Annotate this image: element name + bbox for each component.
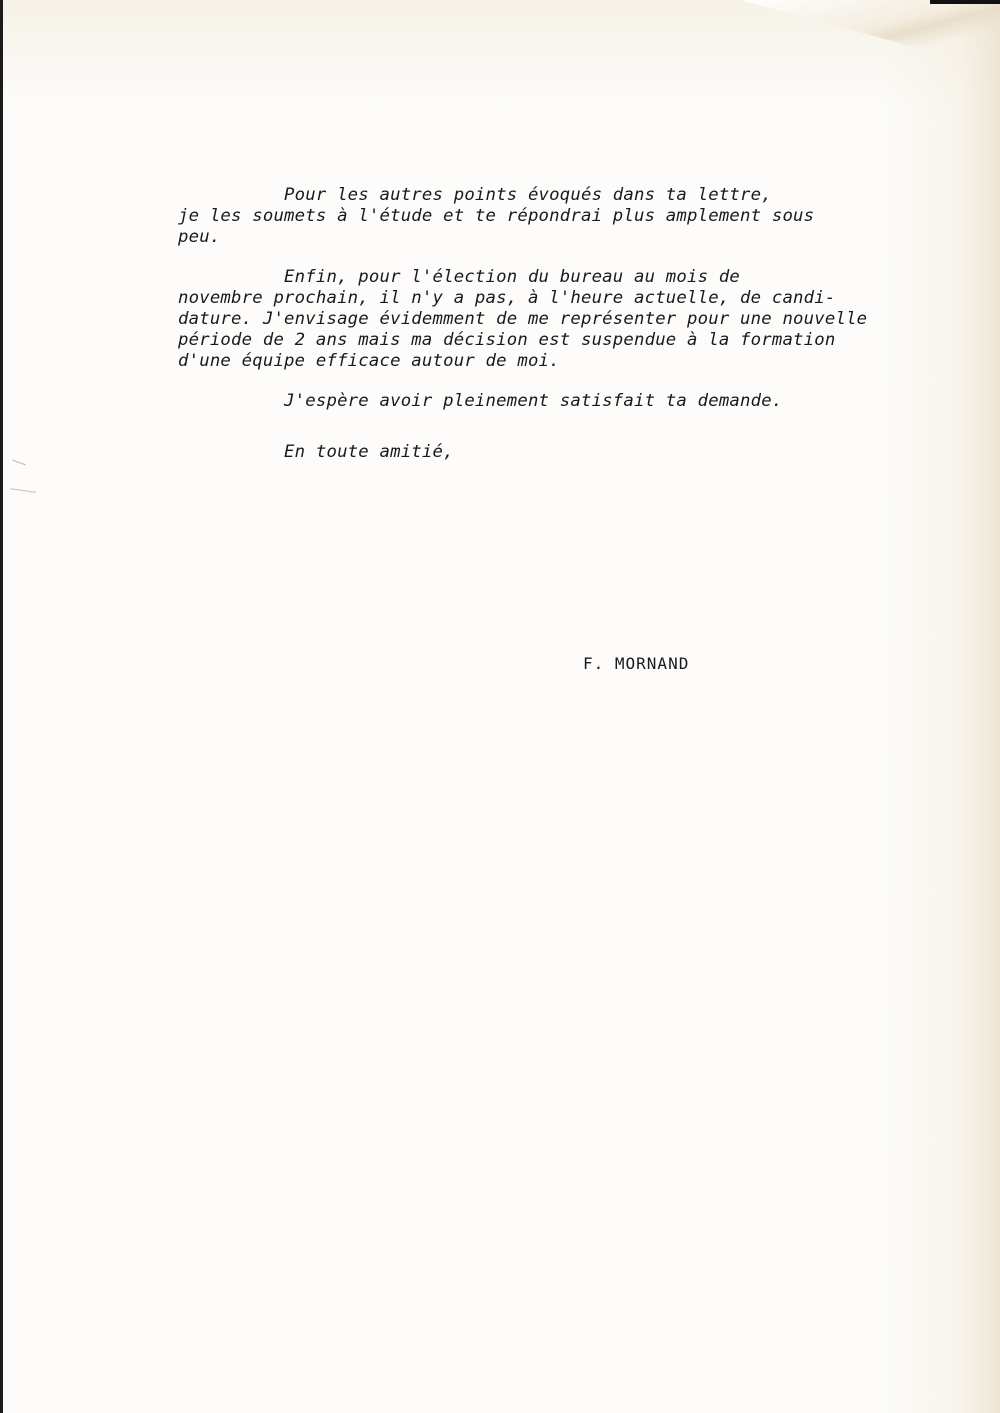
paragraph-other-points: Pour les autres points évoqués dans ta l… — [178, 185, 968, 248]
paragraph-salutation: En toute amitié, — [178, 442, 968, 463]
text-line: Pour les autres points évoqués dans ta l… — [178, 185, 968, 206]
paper-mark — [12, 460, 25, 466]
signature: F. MORNAND — [583, 654, 689, 673]
text-line: novembre prochain, il n'y a pas, à l'heu… — [178, 288, 968, 309]
paragraph-closing-hope: J'espère avoir pleinement satisfait ta d… — [178, 391, 968, 412]
scan-left-edge — [0, 0, 3, 1413]
text-line: Enfin, pour l'élection du bureau au mois… — [178, 267, 968, 288]
text-line: d'une équipe efficace autour de moi. — [178, 351, 968, 372]
text-line: peu. — [178, 227, 968, 248]
paper-mark — [10, 488, 36, 493]
text-line: période de 2 ans mais ma décision est su… — [178, 330, 968, 351]
text-line: je les soumets à l'étude et te répondrai… — [178, 206, 968, 227]
paper-page: Pour les autres points évoqués dans ta l… — [0, 0, 1000, 1413]
text-line: dature. J'envisage évidemment de me repr… — [178, 309, 968, 330]
scan-corner-shadow — [930, 0, 1000, 4]
text-line: J'espère avoir pleinement satisfait ta d… — [178, 391, 968, 412]
letter-body: Pour les autres points évoqués dans ta l… — [178, 185, 968, 463]
text-line: En toute amitié, — [178, 442, 968, 463]
paragraph-election: Enfin, pour l'élection du bureau au mois… — [178, 267, 968, 372]
folded-corner — [740, 0, 1000, 70]
